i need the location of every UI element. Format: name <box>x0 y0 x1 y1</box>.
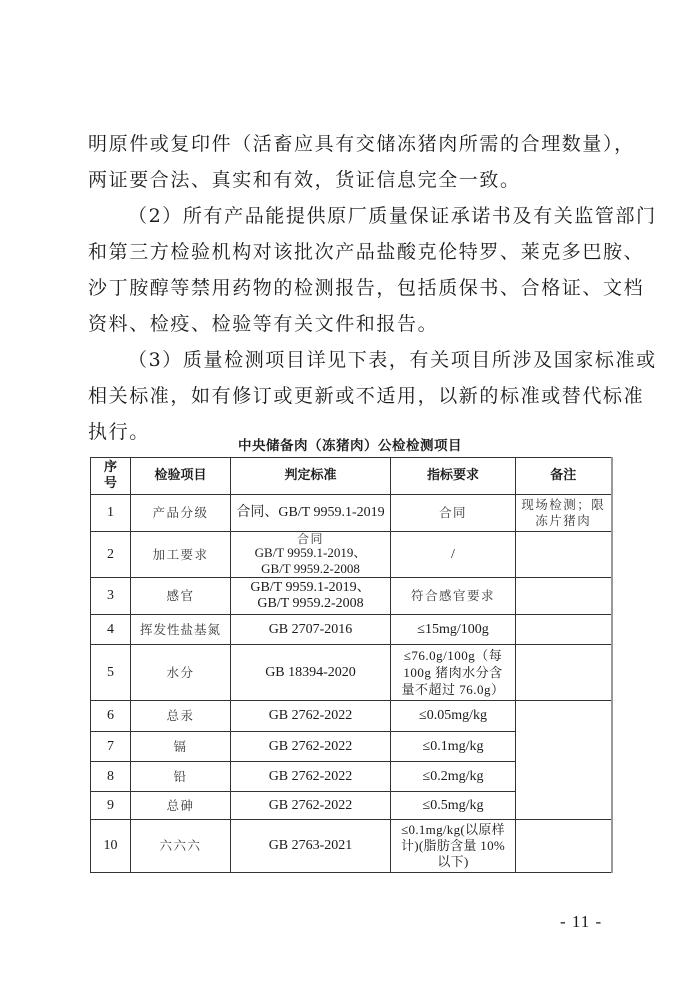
cell-item: 感官 <box>131 578 231 615</box>
requirement-line: ≤0.05mg/kg <box>394 708 512 724</box>
cell-item: 总汞 <box>131 701 231 732</box>
standard-line: GB 2762-2022 <box>234 739 387 755</box>
cell-requirement: 合同 <box>391 495 516 532</box>
standard-line: GB 2707-2016 <box>234 622 387 638</box>
text-line: 沙丁胺醇等禁用药物的检测报告，包括质保书、合格证、文档 <box>88 270 613 306</box>
standard-line: GB/T 9959.2-2008 <box>234 596 387 612</box>
cell-remark-merged <box>516 701 612 820</box>
cell-requirement: / <box>391 532 516 578</box>
cell-standard: GB/T 9959.1-2019、 GB/T 9959.2-2008 <box>231 578 391 615</box>
cell-seq: 2 <box>91 532 131 578</box>
cell-seq: 7 <box>91 732 131 762</box>
cell-item: 总砷 <box>131 792 231 820</box>
text-line: 两证要合法、真实和有效，货证信息完全一致。 <box>88 162 613 198</box>
remark-line: 现场检测；限 <box>519 497 608 513</box>
cell-remark <box>516 615 612 645</box>
cell-standard: 合同 GB/T 9959.1-2019、 GB/T 9959.2-2008 <box>231 532 391 578</box>
cell-item: 六六六 <box>131 820 231 873</box>
cell-remark <box>516 532 612 578</box>
inspection-table: 序 号 检验项目 判定标准 指标要求 备注 1 产品分级 合同、GB/T 995… <box>90 457 613 873</box>
requirement-line: ≤0.1mg/kg(以原样 <box>394 822 512 838</box>
cell-requirement: ≤15mg/100g <box>391 615 516 645</box>
requirement-line: 计)(脂肪含量 10% <box>394 838 512 854</box>
table-row: 1 产品分级 合同、GB/T 9959.1-2019 合同 现场检测；限 冻片猪… <box>91 495 612 532</box>
page-number: - 11 - <box>560 912 602 932</box>
cell-requirement: 符合感官要求 <box>391 578 516 615</box>
cell-seq: 3 <box>91 578 131 615</box>
remark-line: 冻片猪肉 <box>519 513 608 529</box>
requirement-line: ≤76.0g/100g（每 <box>394 647 512 664</box>
text-line: （2）所有产品能提供原厂质量保证承诺书及有关监管部门 <box>88 198 613 234</box>
requirement-line: ≤0.2mg/kg <box>394 769 512 785</box>
table-row: 5 水分 GB 18394-2020 ≤76.0g/100g（每 100g 猪肉… <box>91 645 612 701</box>
standard-line: GB 2762-2022 <box>234 798 387 814</box>
cell-requirement: ≤0.05mg/kg <box>391 701 516 732</box>
cell-standard: GB 2763-2021 <box>231 820 391 873</box>
table-row: 4 挥发性盐基氮 GB 2707-2016 ≤15mg/100g <box>91 615 612 645</box>
standard-line: 合同、GB/T 9959.1-2019 <box>234 505 387 521</box>
header-seq-line: 号 <box>94 476 127 492</box>
table-row: 10 六六六 GB 2763-2021 ≤0.1mg/kg(以原样 计)(脂肪含… <box>91 820 612 873</box>
cell-remark <box>516 820 612 873</box>
table-row: 3 感官 GB/T 9959.1-2019、 GB/T 9959.2-2008 … <box>91 578 612 615</box>
cell-remark <box>516 578 612 615</box>
cell-item: 产品分级 <box>131 495 231 532</box>
requirement-line: / <box>394 547 512 563</box>
cell-standard: GB 2762-2022 <box>231 762 391 792</box>
requirement-line: 合同 <box>394 505 512 521</box>
cell-standard: GB 2762-2022 <box>231 732 391 762</box>
requirement-line: 以下) <box>394 854 512 870</box>
cell-standard: 合同、GB/T 9959.1-2019 <box>231 495 391 532</box>
cell-item: 挥发性盐基氮 <box>131 615 231 645</box>
cell-requirement: ≤0.2mg/kg <box>391 762 516 792</box>
cell-item: 加工要求 <box>131 532 231 578</box>
requirement-line: ≤0.5mg/kg <box>394 798 512 814</box>
cell-requirement: ≤76.0g/100g（每 100g 猪肉水分含 量不超过 76.0g） <box>391 645 516 701</box>
cell-remark: 现场检测；限 冻片猪肉 <box>516 495 612 532</box>
cell-seq: 9 <box>91 792 131 820</box>
standard-line: GB 2762-2022 <box>234 769 387 785</box>
header-remark: 备注 <box>516 458 612 495</box>
text-line: 明原件或复印件（活畜应具有交储冻猪肉所需的合理数量）， <box>88 126 613 162</box>
table-row: 2 加工要求 合同 GB/T 9959.1-2019、 GB/T 9959.2-… <box>91 532 612 578</box>
paragraph-1: 明原件或复印件（活畜应具有交储冻猪肉所需的合理数量）， 两证要合法、真实和有效，… <box>88 126 613 198</box>
cell-standard: GB 18394-2020 <box>231 645 391 701</box>
cell-standard: GB 2762-2022 <box>231 701 391 732</box>
cell-item: 铅 <box>131 762 231 792</box>
standard-line: 合同 <box>234 533 387 545</box>
cell-requirement: ≤0.1mg/kg(以原样 计)(脂肪含量 10% 以下) <box>391 820 516 873</box>
cell-seq: 6 <box>91 701 131 732</box>
standard-line: GB/T 9959.2-2008 <box>234 561 387 577</box>
header-item: 检验项目 <box>131 458 231 495</box>
standard-line: GB 2762-2022 <box>234 708 387 724</box>
cell-seq: 10 <box>91 820 131 873</box>
header-requirement: 指标要求 <box>391 458 516 495</box>
requirement-line: 符合感官要求 <box>394 588 512 604</box>
cell-seq: 5 <box>91 645 131 701</box>
standard-line: GB/T 9959.1-2019、 <box>234 580 387 596</box>
header-seq: 序 号 <box>91 458 131 495</box>
standard-line: GB 2763-2021 <box>234 838 387 854</box>
cell-seq: 4 <box>91 615 131 645</box>
text-line: 和第三方检验机构对该批次产品盐酸克伦特罗、莱克多巴胺、 <box>88 234 613 270</box>
cell-requirement: ≤0.1mg/kg <box>391 732 516 762</box>
header-seq-line: 序 <box>94 460 127 476</box>
header-standard: 判定标准 <box>231 458 391 495</box>
table-header-row: 序 号 检验项目 判定标准 指标要求 备注 <box>91 458 612 495</box>
text-line: （3）质量检测项目详见下表，有关项目所涉及国家标准或 <box>88 342 613 378</box>
cell-seq: 1 <box>91 495 131 532</box>
text-line: 相关标准，如有修订或更新或不适用，以新的标准或替代标准 <box>88 378 613 414</box>
standard-line: GB/T 9959.1-2019、 <box>234 545 387 561</box>
table-title: 中央储备肉（冻猪肉）公检检测项目 <box>0 434 700 454</box>
requirement-line: ≤0.1mg/kg <box>394 739 512 755</box>
requirement-line: ≤15mg/100g <box>394 622 512 638</box>
requirement-line: 量不超过 76.0g） <box>394 681 512 698</box>
cell-remark <box>516 645 612 701</box>
cell-item: 镉 <box>131 732 231 762</box>
table-row: 6 总汞 GB 2762-2022 ≤0.05mg/kg <box>91 701 612 732</box>
cell-seq: 8 <box>91 762 131 792</box>
cell-standard: GB 2707-2016 <box>231 615 391 645</box>
cell-item: 水分 <box>131 645 231 701</box>
standard-line: GB 18394-2020 <box>234 665 387 681</box>
requirement-line: 100g 猪肉水分含 <box>394 664 512 681</box>
cell-standard: GB 2762-2022 <box>231 792 391 820</box>
cell-requirement: ≤0.5mg/kg <box>391 792 516 820</box>
text-line: 资料、检疫、检验等有关文件和报告。 <box>88 306 613 342</box>
paragraph-2: （2）所有产品能提供原厂质量保证承诺书及有关监管部门 和第三方检验机构对该批次产… <box>88 198 613 342</box>
